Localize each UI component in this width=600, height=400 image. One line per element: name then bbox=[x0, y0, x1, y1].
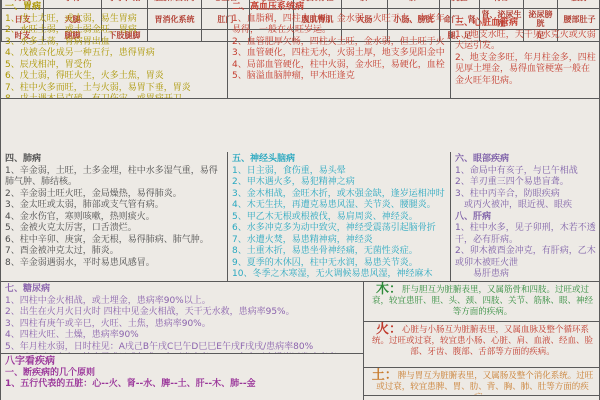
list-item: 4、戊被合化成另一种五行，患得胃病 bbox=[5, 48, 223, 60]
list-item: 1、辛金弱，土旺，土多金埋，柱中水多湿气重，易得肺气肿、肺结核。 bbox=[5, 166, 223, 189]
section-title: 一、胃病 bbox=[5, 2, 223, 14]
section-nerve-brain-disease: 五、神经头脑病 1、日主弱，食伤重，易头晕2、甲木遇火多，易犯精神之病3、金木相… bbox=[228, 152, 451, 282]
bazi-disease-principles-block: 八字看疾病 一、断疾病的几个原则 1、五行代表的五脏：心--火、肾--水、脾--… bbox=[1, 353, 364, 400]
section-item-list: 1、日主弱，食伤重，易头晕2、甲木遇火多，易犯精神之病3、金木相战，金旺木折，或… bbox=[232, 166, 446, 281]
list-item: 6、戊土弱，得旺火生，火多土焦，胃炎 bbox=[5, 71, 223, 83]
list-item: 1、日主弱，食伤重，易头晕 bbox=[232, 166, 446, 178]
section-title: 六、眼部疾病 bbox=[455, 154, 597, 166]
list-item: 4、四柱火旺、土燥，患病率90% bbox=[5, 330, 359, 342]
section-item-list: 1、血脂稠，四柱火土旺，金水弱，火旺于土，中老年易得，一般在火旺岁运。2、血管肥… bbox=[232, 14, 446, 83]
element-box-wood: 木：肝与胆互为脏腑表里，又属筋骨和四肢。过旺或过衰，较宜患肝、胆、头、颈、四肢、… bbox=[364, 282, 600, 322]
list-item: 8、土重木折，易患坐骨神经痛，无菌性炎症。 bbox=[232, 246, 446, 258]
section-item-list: 1、命局中有亥子，与巳午相战2、羊刃重三四个易患盲聋。3、柱中丙辛合，防眼疾病 … bbox=[455, 166, 597, 212]
block-line: 1、五行代表的五脏：心--火、肾--水、脾--土、肝--木、肺--金 bbox=[5, 379, 359, 391]
section-title: 七、糖尿病 bbox=[5, 284, 359, 296]
element-text-fire: 心脏与小肠互为脏腑表里，又属血脉及整个循环系统。过旺或过衰，较宜患小肠、心脏、肩… bbox=[372, 325, 593, 357]
section-title: 五、神经头脑病 bbox=[232, 154, 446, 166]
block-title: 八字看疾病 bbox=[5, 356, 359, 368]
list-item: 6、水多冲克多为动中致灾，神经受震荡引起脑骨折 bbox=[232, 223, 446, 235]
list-item: 3、金太旺或太弱，肺部或支气管有病。 bbox=[5, 200, 223, 212]
section-eye-and-liver-disease: 六、眼部疾病 1、命局中有亥子，与巳午相战2、羊刃重三四个易患盲聋。3、柱中丙辛… bbox=[451, 152, 600, 282]
section-stomach-disease: 一、胃病 1、戊土太旺，或太弱，易生胃病2、水旺土弱，或土弱金旺，胃病3、水多土… bbox=[1, 0, 228, 99]
list-item: 2、血管肥厚欠畅，四柱火土旺，金水弱，但土旺于火 bbox=[232, 37, 446, 49]
list-item: 4、局部血管硬化，柱中火弱，金水旺，易硬化，血栓 bbox=[232, 60, 446, 72]
list-item: 1、血脂稠，四柱火土旺，金水弱，火旺于土，中老年易得，一般在火旺岁运。 bbox=[232, 14, 446, 37]
list-item: 1、戊土太旺，或太弱，易生胃病 bbox=[5, 14, 223, 26]
element-box-earth: 土：脾与胃互为脏腑表里，又属肠及整个消化系统。过旺或过衰，较宜患脾、胃、肋、背、… bbox=[364, 368, 600, 396]
list-item: 2、地支金多旺，年月柱金多，四柱见厚土埋金，易得血管梗塞一般在金火旺年犯病。 bbox=[455, 53, 597, 88]
section-item-list: 1、柱中水多，见子卯刑，木若不透干，必有肝病。2、卯木被酉金冲克，有肝病，乙木或… bbox=[455, 223, 597, 281]
section-heart-vessel-disease: 三、心脏血管病 1、地支水旺，天干见水克火或火弱大运引发。2、地支金多旺，年月柱… bbox=[451, 0, 600, 99]
list-item: 3、金木相战，金旺木折，或木强金缺，逢岁运相冲时 bbox=[232, 189, 446, 201]
section-item-list: 1、戊土太旺，或太弱，易生胃病2、水旺土弱，或土弱金旺，胃病3、水多土荡，胃病胃… bbox=[5, 14, 223, 100]
section-hypertension-disease: 二、高血压系统病 1、血脂稠，四柱火土旺，金水弱，火旺于土，中老年易得，一般在火… bbox=[228, 0, 451, 99]
list-item: 8、辛金弱遇弱水，平时易患风感冒。 bbox=[5, 258, 223, 270]
element-label-fire: 火： bbox=[376, 322, 402, 337]
section-title: 三、心脏血管病 bbox=[455, 18, 597, 30]
block-subtitle: 一、断疾病的几个原则 bbox=[5, 368, 359, 380]
section-title: 八、肝病 bbox=[455, 212, 597, 224]
list-item: 3、四柱有庚午或辛巳，火旺、土焦，患病率90%。 bbox=[5, 319, 359, 331]
element-label-earth: 土： bbox=[372, 368, 398, 383]
bazi-disease-reference-sheet: 月支 手臂 手掌、指 肚脐周肌肉 心血管 心血管 胸肌脊柱 脾 肺 胸腔 臀部 … bbox=[0, 0, 600, 400]
element-box-cutoff bbox=[364, 396, 600, 400]
subsection-liver-disease: 八、肝病 1、柱中水多，见子卯刑，木若不透干，必有肝病。2、卯木被酉金冲克，有肝… bbox=[455, 212, 597, 281]
subsection-eye-disease: 六、眼部疾病 1、命局中有亥子，与巳午相战2、羊刃重三四个易患盲聋。3、柱中丙辛… bbox=[455, 154, 597, 212]
list-item: 10、冬季之木寒湿，无火调候易患风湿，神经麻木 bbox=[232, 269, 446, 281]
list-item: 9、夏季的木休囚，柱中无水润，易患关节炎。 bbox=[232, 258, 446, 270]
list-item: 2、水旺土弱，或土弱金旺，胃病 bbox=[5, 25, 223, 37]
list-item: 6、柱中辛卯、庚寅，金无根，易得肺病、肺气肿。 bbox=[5, 235, 223, 247]
list-item: 2、羊刃重三四个易患盲聋。 bbox=[455, 177, 597, 189]
element-text-earth: 脾与胃互为脏腑表里，又属肠及整个消化系统。过旺或过衰，较宜患脾、胃、肋、背、胸、… bbox=[376, 371, 593, 396]
list-item: 4、木无生扶，再遭克易患风湿、关节炎、腰腿炎。 bbox=[232, 200, 446, 212]
list-item: 5、甲乙木无根或根被伐，易肩周炎、神经炎。 bbox=[232, 212, 446, 224]
list-item: 5、年月柱水弱，日时柱见：A戌己B午戌C巳午D巳巳E午戌F戌戌/患病率80% bbox=[5, 342, 359, 354]
list-item: 1、命局中有亥子，与巳午相战 bbox=[455, 166, 597, 178]
list-item: 易肝患病 bbox=[455, 269, 597, 281]
list-item: 3、水多土荡，胃病胃出血 bbox=[5, 37, 223, 49]
section-item-list: 1、四柱中金火相战，或土埋金，患病率90%以上。2、出生在火月火日火时 四柱中见… bbox=[5, 296, 359, 354]
list-item: 2、出生在火月火日火时 四柱中见金火相战，天干无水救，患病率95%。 bbox=[5, 307, 359, 319]
list-item: 2、卯木被酉金冲克，有肝病，乙木或卯木被旺火泄 bbox=[455, 246, 597, 269]
list-item: 7、柱中火多而旺，土与火弱，易胃下垂，胃炎 bbox=[5, 83, 223, 95]
element-text-wood: 肝与胆互为脏腑表里，又属筋骨和四肢。过旺或过衰，较宜患肝、胆、头、颈、四肢、关节… bbox=[372, 285, 593, 317]
list-item: 2、甲木遇火多，易犯精神之病 bbox=[232, 177, 446, 189]
element-label-wood: 木： bbox=[376, 282, 402, 297]
section-item-list: 1、地支水旺，天干见水克火或火弱大运引发。2、地支金多旺，年月柱金多，四柱见厚土… bbox=[455, 30, 597, 88]
list-item: 5、脑溢血脑肿瘤，甲木旺逢克 bbox=[232, 71, 446, 83]
list-item: 2、辛金弱土旺火旺，金局燥热，易得肺炎。 bbox=[5, 189, 223, 201]
list-item: 4、金水伤官，寒则咳嗽，热则痰火。 bbox=[5, 212, 223, 224]
list-item: 7、水遭火焚，易患精神病，神经炎 bbox=[232, 235, 446, 247]
section-title: 四、肺病 bbox=[5, 154, 223, 166]
element-box-fire: 火：心脏与小肠互为脏腑表里，又属血脉及整个循环系统。过旺或过衰，较宜患小肠、心脏… bbox=[364, 322, 600, 368]
list-item: 3、柱中丙辛合，防眼疾病 bbox=[455, 189, 597, 201]
section-diabetes: 七、糖尿病 1、四柱中金火相战，或土埋金，患病率90%以上。2、出生在火月火日火… bbox=[1, 282, 364, 353]
list-item: 5、辰戌相冲，胃受伤 bbox=[5, 60, 223, 72]
list-item: 1、柱中水多，见子卯刑，木若不透干，必有肝病。 bbox=[455, 223, 597, 246]
list-item: 1、四柱中金火相战，或土埋金，患病率90%以上。 bbox=[5, 296, 359, 308]
section-lung-disease: 四、肺病 1、辛金弱，土旺，土多金埋，柱中水多湿气重，易得肺气肿、肺结核。2、辛… bbox=[1, 152, 228, 282]
list-item: 5、金被火克太厉害，口舌溃烂。 bbox=[5, 223, 223, 235]
list-item: 1、地支水旺，天干见水克火或火弱大运引发。 bbox=[455, 30, 597, 53]
list-item: 7、酉金被冲克太过，肺炎。 bbox=[5, 246, 223, 258]
section-item-list: 1、辛金弱，土旺，土多金埋，柱中水多湿气重，易得肺气肿、肺结核。2、辛金弱土旺火… bbox=[5, 166, 223, 270]
list-item: 3、血管硬化，四柱无水，火弱土厚，地支多见阳金中 bbox=[232, 48, 446, 60]
list-item: 8、戊土遇木局克破，有刀伤灾，或胃病开刀 bbox=[5, 94, 223, 99]
section-title: 二、高血压系统病 bbox=[232, 2, 446, 14]
list-item: 或丙火被冲，眼近视、眼疾 bbox=[455, 200, 597, 212]
